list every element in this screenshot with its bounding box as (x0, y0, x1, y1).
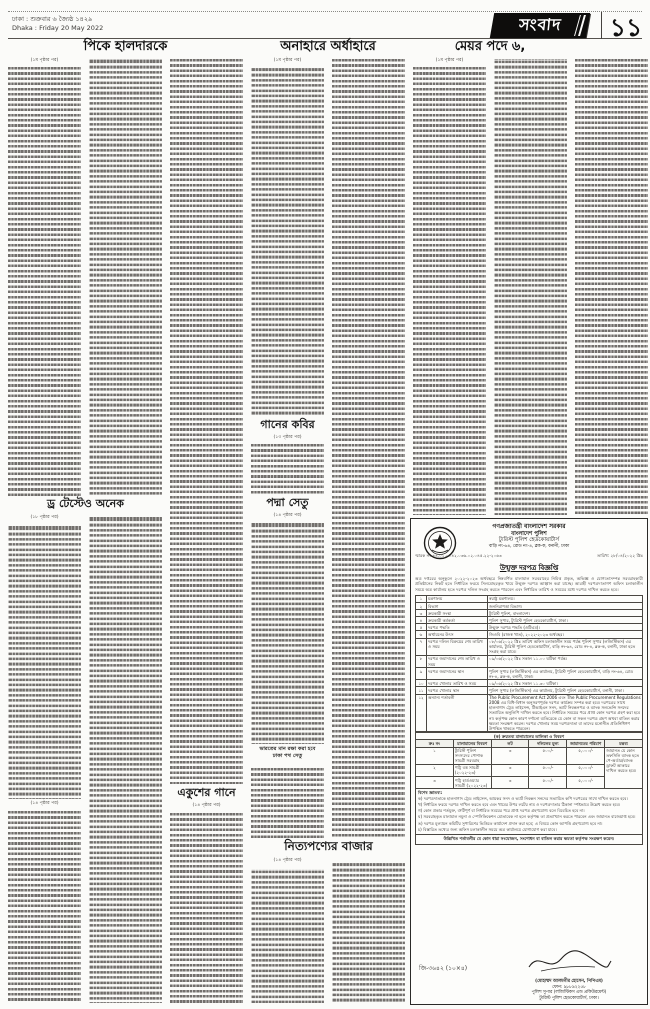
section-heading-padma-setu: পদ্মা সেতু (251, 497, 324, 509)
table-row: (ক) ক্রয়তব্য মালামালের তালিকা ও বিবরণ (416, 733, 643, 740)
continued-marker: (১৮ পৃষ্ঠার পর) (8, 516, 81, 521)
text-column-segment (89, 59, 162, 497)
text-column-segment (251, 768, 324, 838)
text-column-segment (251, 67, 324, 416)
text-column-segment (89, 517, 162, 1003)
continued-marker: (১৪ পৃষ্ঠার পর) (251, 514, 324, 519)
dateline: ঢাকা : শুক্রবার ৬ জ্যৈষ্ঠ ১৪২৯ Dhaka : F… (12, 15, 103, 34)
table-row: ৭দরপত্র দলিল বিক্রয়ের শেষ তারিখ ও সময়০… (416, 638, 643, 655)
text-column-segment (251, 869, 324, 1003)
text-column-segment (413, 67, 486, 515)
section-heading-bazar: নিত্যপণ্যের বাজার (251, 840, 406, 853)
table-row: ৫দরপত্র পদ্ধতিউন্মুক্ত দরপত্র পদ্ধতি (ওট… (416, 624, 643, 631)
table-row: ১০দরপত্র খোলার তারিখ ও সময়০৯/০৬/২০২২ খ্… (416, 680, 643, 687)
table-row: ২বিভাগজননিরাপত্তা বিভাগ। (416, 603, 643, 610)
dateline-english: Dhaka : Friday 20 May 2022 (12, 24, 103, 33)
continued-marker: (১৪ পৃষ্ঠার পর) (170, 804, 243, 809)
tender-closing-line: উল্লিখিত শর্তাবলীর যে কোন ধারা সংযোজন, স… (415, 835, 643, 845)
tender-title: উন্মুক্ত দরপত্র বিজ্ঞপ্তি (415, 562, 643, 574)
note-line: চ) বিস্তারিত তথ্যের জন্য অফিস চলাকালীন স… (418, 827, 640, 832)
dateline-bengali: ঢাকা : শুক্রবার ৬ জ্যৈষ্ঠ ১৪২৯ (12, 15, 103, 24)
continued-marker: (১ম পৃষ্ঠার পর) (251, 59, 324, 64)
masthead-title: সংবাদ (517, 12, 562, 39)
items-remark-cell: জামানত যে কোন তফসিলি ব্যাংক হতে পে-অর্ডা… (605, 747, 643, 789)
text-column-segment (8, 526, 81, 799)
text-column-segment (332, 59, 405, 838)
headline-mayor-pod: মেয়র পদে ৬, (413, 40, 567, 54)
masthead-logo: সংবাদ (490, 13, 590, 38)
table-row: ১ ট্যুরিস্ট পুলিশ সদস্যদের পোশাক সামগ্রী… (416, 747, 643, 764)
text-column-segment (170, 59, 243, 784)
sub-headline: ভারতের মান রক্ষা করা হবে ঢাকা পথ সেতু (251, 746, 324, 760)
note-line: খ) নির্ধারিত ফরমে দরপত্র দাখিল করতে হবে … (418, 802, 640, 807)
sub-headline-line2: ঢাকা পথ সেতু (251, 753, 324, 760)
table-row: ৬অর্থায়নের উৎসজিওবি (রাজস্ব খাত), ২০২২-… (416, 631, 643, 638)
text-column-segment (494, 59, 567, 515)
items-group-title: (ক) ক্রয়তব্য মালামালের তালিকা ও বিবরণ (416, 733, 643, 740)
note-line: ক) দরপত্রদাতাকে হালনাগাদ ট্রেড লাইসেন্স,… (418, 796, 640, 801)
tender-notes: বিশেষ জ্ঞাতব্য: ক) দরপত্রদাতাকে হালনাগাদ… (415, 789, 643, 835)
table-row: ৪ক্রয়কারী কর্মকর্তাপুলিশ সুপার, ট্যুরিস… (416, 617, 643, 624)
page-number: ১১ (606, 8, 646, 51)
text-column-segment (251, 523, 324, 744)
table-row: ৯দরপত্র জমাদানের স্থানপুলিশ সুপার (লজিস্… (416, 668, 643, 680)
tender-notes-title: বিশেষ জ্ঞাতব্য: (418, 790, 442, 795)
police-emblem-icon (423, 526, 457, 560)
page-number-divider (601, 12, 602, 39)
table-row: ১১দরপত্র খোলার স্থানপুলিশ সুপার (লজিস্টি… (416, 687, 643, 694)
signature-scribble (523, 949, 615, 975)
text-column-segment (8, 67, 81, 497)
note-line: ঙ) দরপত্র মূল্যায়ন কমিটির সুপারিশের ভিত… (418, 821, 640, 826)
newspaper-page: ঢাকা : শুক্রবার ৬ জ্যৈষ্ঠ ১৪২৯ Dhaka : F… (0, 0, 650, 1009)
continued-marker: (১৪ পৃষ্ঠার পর) (251, 859, 324, 864)
table-row: ১২অন্যান্য শর্তাবলীThe Public Procuremen… (416, 694, 643, 732)
tender-items-table: (ক) ক্রয়তব্য মালামালের তালিকা ও বিবরণ ক… (415, 732, 643, 789)
headline-pk-haldar: পিকে হালদারকে (8, 40, 243, 54)
headline-anahare: অনাহারে অর্ধাহারে (251, 40, 405, 54)
table-row: ৩ক্রয়কারী সংস্থাট্যুরিস্ট পুলিশ, বাংলাদ… (416, 610, 643, 617)
text-column-segment (170, 813, 243, 1003)
table-row: ১মন্ত্রণালয়স্বরাষ্ট্র মন্ত্রণালয়। (416, 595, 643, 602)
tender-intro-paragraph: অত্র দপ্তরের অনুকূলে ২০২২-২০২৩ অর্থবছরে … (415, 576, 643, 592)
section-heading-ganer-kobir: গানের কবির (251, 419, 324, 431)
table-row: ৮দরপত্র জমাদানের শেষ তারিখ ও সময়০৯/০৬/২… (416, 655, 643, 667)
signatory-office: ট্যুরিস্ট পুলিশ হেডকোয়ার্টার্স, ঢাকা। (509, 996, 629, 1002)
text-column-segment (575, 59, 648, 515)
note-line: গ) কোন প্রকার শর্তযুক্ত, ত্রুটিপূর্ণ বা … (418, 808, 640, 813)
section-heading-draw-test: ড্র টেস্টেও অনেক (8, 498, 163, 510)
tender-notice-box: গণপ্রজাতন্ত্রী বাংলাদেশ সরকার বাংলাদেশ প… (410, 518, 648, 1005)
continued-marker: (১৪ পৃষ্ঠার পর) (8, 802, 81, 807)
ad-reference-number: জি-৩৬৪২ (১০×৪) (419, 963, 467, 974)
continued-marker: (১৩ পৃষ্ঠার পর) (251, 436, 324, 441)
signature-block: (মোহাম্মদ আলমগীর হোসেন, পিপিএম) ফোন: ৯৮৮… (509, 949, 629, 1002)
note-line: ঘ) সরবরাহকৃত মালামাল নমুনা ও স্পেসিফিকেশ… (418, 814, 640, 819)
tender-details-table: ১মন্ত্রণালয়স্বরাষ্ট্র মন্ত্রণালয়। ২বিভ… (415, 595, 643, 732)
text-column-segment (251, 444, 324, 495)
tender-date: তারিখ: ২৮/০৪/২০২২ খ্রিঃ (597, 553, 643, 560)
continued-marker: (১ম পৃষ্ঠার পর) (413, 59, 486, 64)
table-header-row: ক্রঃ নং মালামালের বিবরণ লট দলিলের মূল্য … (416, 740, 643, 747)
continued-marker: (১ম পৃষ্ঠার পর) (8, 59, 81, 64)
text-column-segment (332, 862, 405, 1003)
text-column-segment (8, 811, 81, 1003)
sub-headline-line1: ভারতের মান রক্ষা করা হবে (251, 746, 324, 753)
section-heading-ekusher-gane: একুশের গানে (170, 787, 243, 799)
